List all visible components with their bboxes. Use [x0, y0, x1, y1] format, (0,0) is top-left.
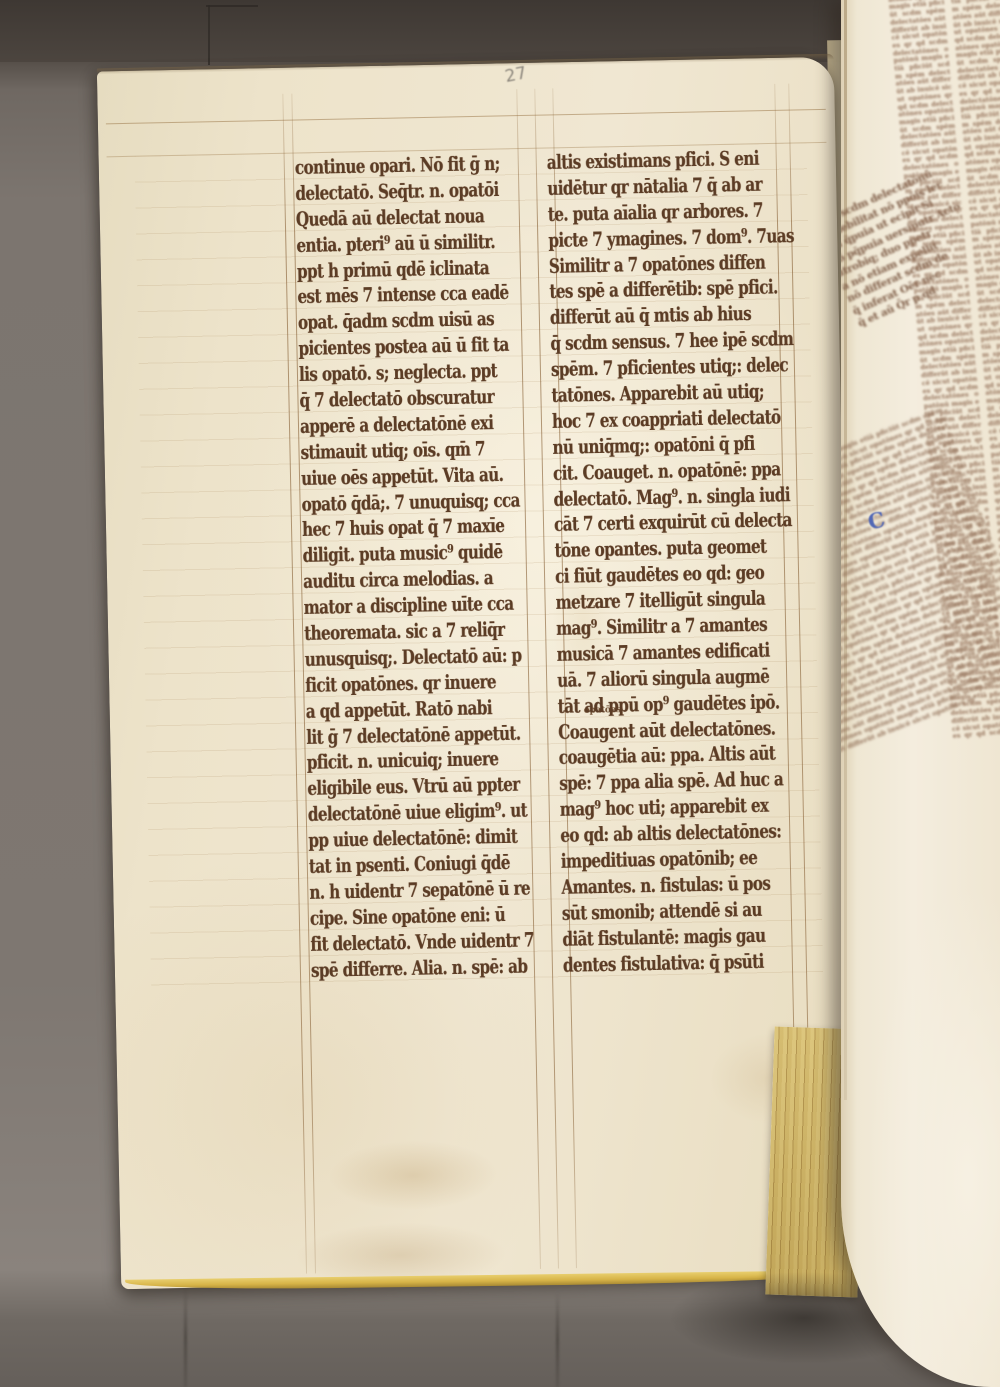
text-column-left: continue opari. Nō fit ḡ n;delectatō. Se… [295, 151, 548, 988]
top-ruling-line [106, 109, 826, 124]
felt-crease [556, 1292, 559, 1387]
manuscript-photo: 27 continue opari. Nō fit ḡ n;delectatō.… [0, 0, 1000, 1387]
felt-crease [184, 1288, 187, 1387]
binding-thread-mark [208, 5, 210, 65]
pencil-folio-number: 27 [503, 63, 528, 87]
adjacent-page-gloss-block: qd scdm delectatōnes opatōnū magis etiā … [841, 406, 1000, 1050]
manuscript-page: 27 continue opari. Nō fit ḡ n;delectatō.… [97, 57, 858, 1290]
adjacent-page: tōne scdm delectatōnūq̄r debilitat nō pp… [841, 0, 1000, 1387]
manuscript-text-line: dentes fistulativa: q̄ psūti [563, 948, 770, 980]
text-column-right: opatōes altis existimans pfici. S eniuid… [547, 146, 810, 983]
manuscript-text-line: spē differre. Alia. n. spē: ab [311, 953, 510, 985]
binding-thread-mark [206, 5, 258, 7]
parchment-stain [308, 1112, 570, 1237]
parchment-stain [250, 1203, 552, 1319]
